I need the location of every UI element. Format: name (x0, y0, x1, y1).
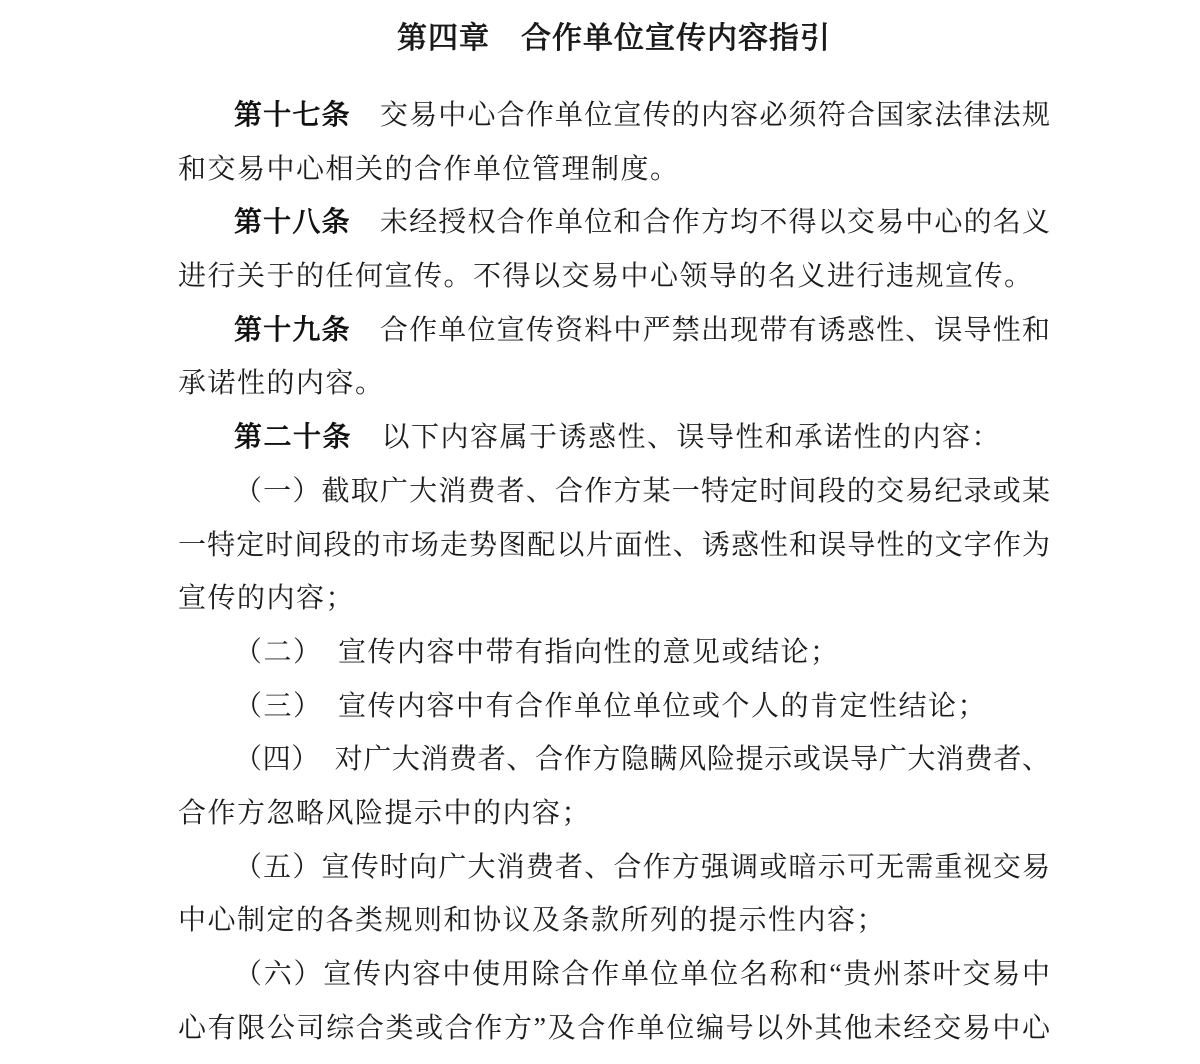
text-line: 第十七条 交易中心合作单位宣传的内容必须符合国家法律法规 (178, 89, 1050, 143)
text-line: 和交易中心相关的合作单位管理制度。 (178, 143, 1050, 197)
article-number: 第十七条 (234, 100, 351, 131)
article-number: 第二十条 (234, 422, 352, 453)
paragraph-list: 第十七条 交易中心合作单位宣传的内容必须符合国家法律法规和交易中心相关的合作单位… (178, 89, 1050, 1055)
text-line: 心有限公司综合类或合作方”及合作单位编号以外其他未经交易中心 (178, 1002, 1050, 1056)
text-line: （三） 宣传内容中有合作单位单位或个人的肯定性结论； (178, 680, 1050, 734)
text-line: 宣传的内容； (178, 572, 1050, 626)
article-number: 第十九条 (234, 315, 351, 346)
chapter-title: 第四章 合作单位宣传内容指引 (178, 16, 1050, 62)
text-line: （五）宣传时向广大消费者、合作方强调或暗示可无需重视交易 (178, 841, 1050, 895)
text-line: 一特定时间段的市场走势图配以片面性、诱惑性和误导性的文字作为 (178, 519, 1050, 573)
text-line: 进行关于的任何宣传。不得以交易中心领导的名义进行违规宣传。 (178, 250, 1050, 304)
document-body: 第四章 合作单位宣传内容指引 第十七条 交易中心合作单位宣传的内容必须符合国家法… (178, 16, 1050, 1055)
document-page: 第四章 合作单位宣传内容指引 第十七条 交易中心合作单位宣传的内容必须符合国家法… (0, 0, 1200, 1064)
text-line: 中心制定的各类规则和协议及条款所列的提示性内容； (178, 894, 1050, 948)
article-number: 第十八条 (234, 207, 351, 238)
text-line: 承诺性的内容。 (178, 357, 1050, 411)
text-line: 第二十条 以下内容属于诱惑性、误导性和承诺性的内容： (178, 411, 1050, 465)
text-line: 第十八条 未经授权合作单位和合作方均不得以交易中心的名义 (178, 196, 1050, 250)
text-line: （一）截取广大消费者、合作方某一特定时间段的交易纪录或某 (178, 465, 1050, 519)
text-line: （六）宣传内容中使用除合作单位单位名称和“贵州茶叶交易中 (178, 948, 1050, 1002)
text-line: 合作方忽略风险提示中的内容； (178, 787, 1050, 841)
text-line: 第十九条 合作单位宣传资料中严禁出现带有诱惑性、误导性和 (178, 304, 1050, 358)
text-line: （二） 宣传内容中带有指向性的意见或结论； (178, 626, 1050, 680)
text-line: （四） 对广大消费者、合作方隐瞒风险提示或误导广大消费者、 (178, 733, 1050, 787)
